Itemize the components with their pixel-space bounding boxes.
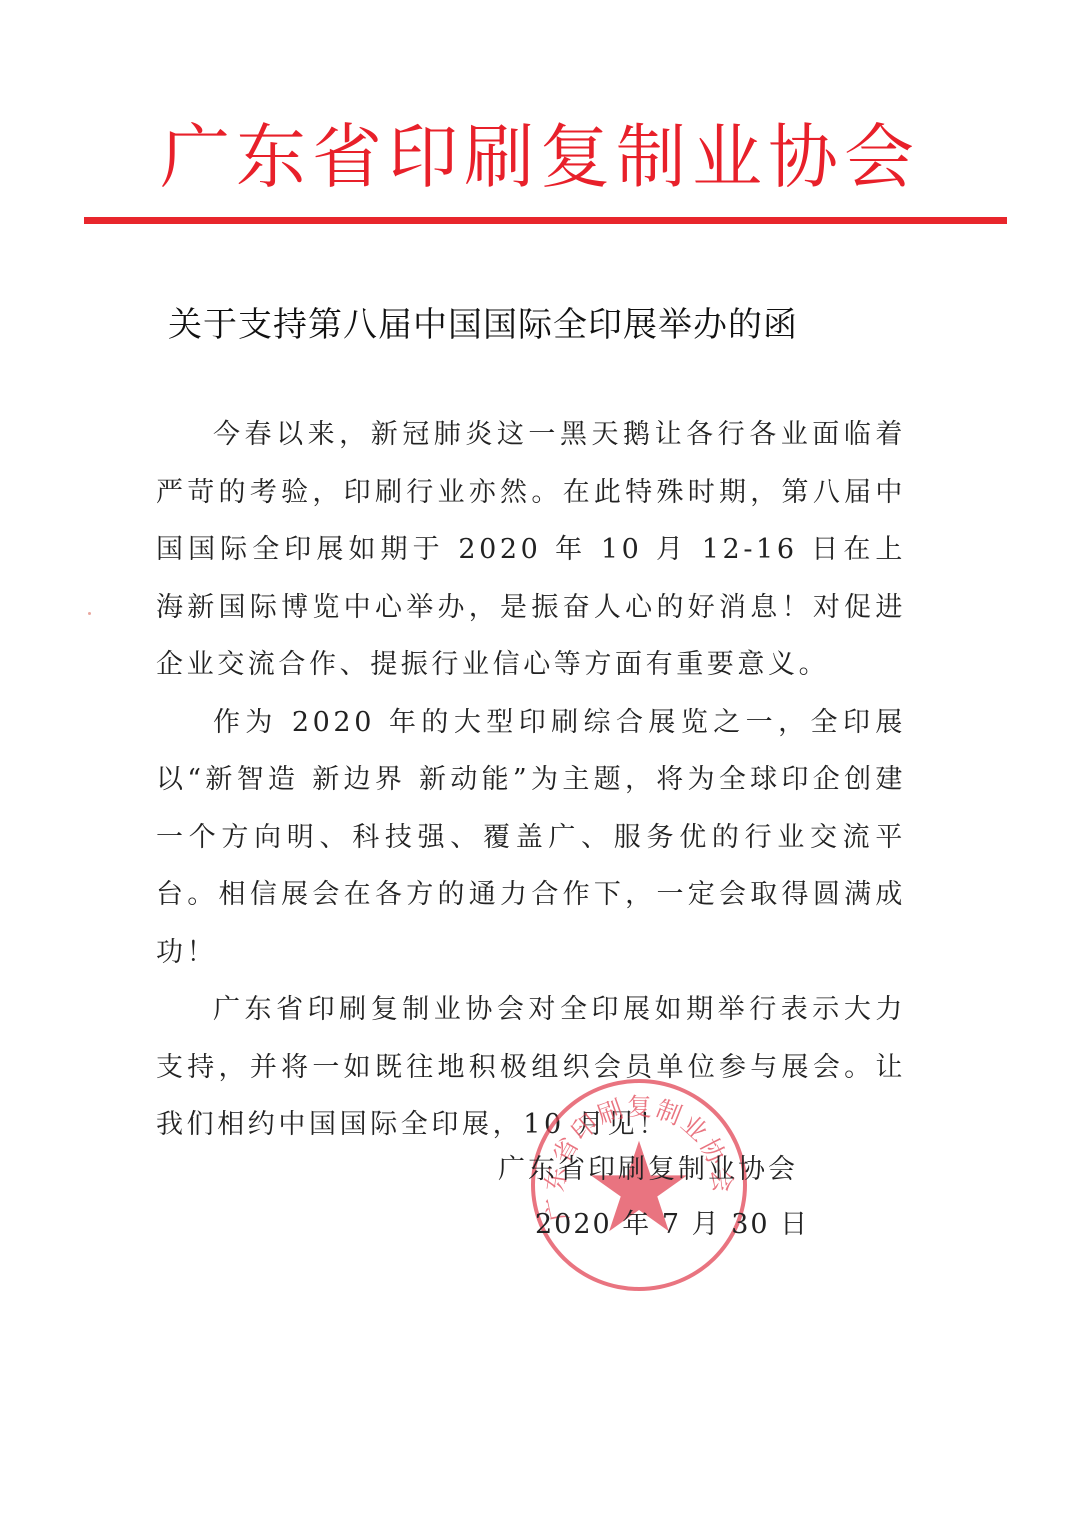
document-body: 今春以来，新冠肺炎这一黑天鹅让各行各业面临着严苛的考验，印刷行业亦然。在此特殊时…: [156, 406, 906, 1154]
body-paragraph-2: 作为 2020 年的大型印刷综合展览之一，全印展以“新智造 新边界 新动能”为主…: [156, 694, 906, 982]
letterhead-organization-name: 广东省印刷复制业协会: [160, 112, 940, 202]
body-paragraph-3: 广东省印刷复制业协会对全印展如期举行表示大力支持，并将一如既往地积极组织会员单位…: [156, 981, 906, 1154]
scan-speck: [88, 612, 91, 615]
signature-organization: 广东省印刷复制业协会: [498, 1145, 798, 1195]
signature-date: 2020 年 7 月 30 日: [535, 1200, 795, 1250]
body-paragraph-1: 今春以来，新冠肺炎这一黑天鹅让各行各业面临着严苛的考验，印刷行业亦然。在此特殊时…: [156, 406, 906, 694]
letterhead-red-divider: [84, 217, 1007, 224]
document-title: 关于支持第八届中国国际全印展举办的函: [168, 300, 928, 350]
